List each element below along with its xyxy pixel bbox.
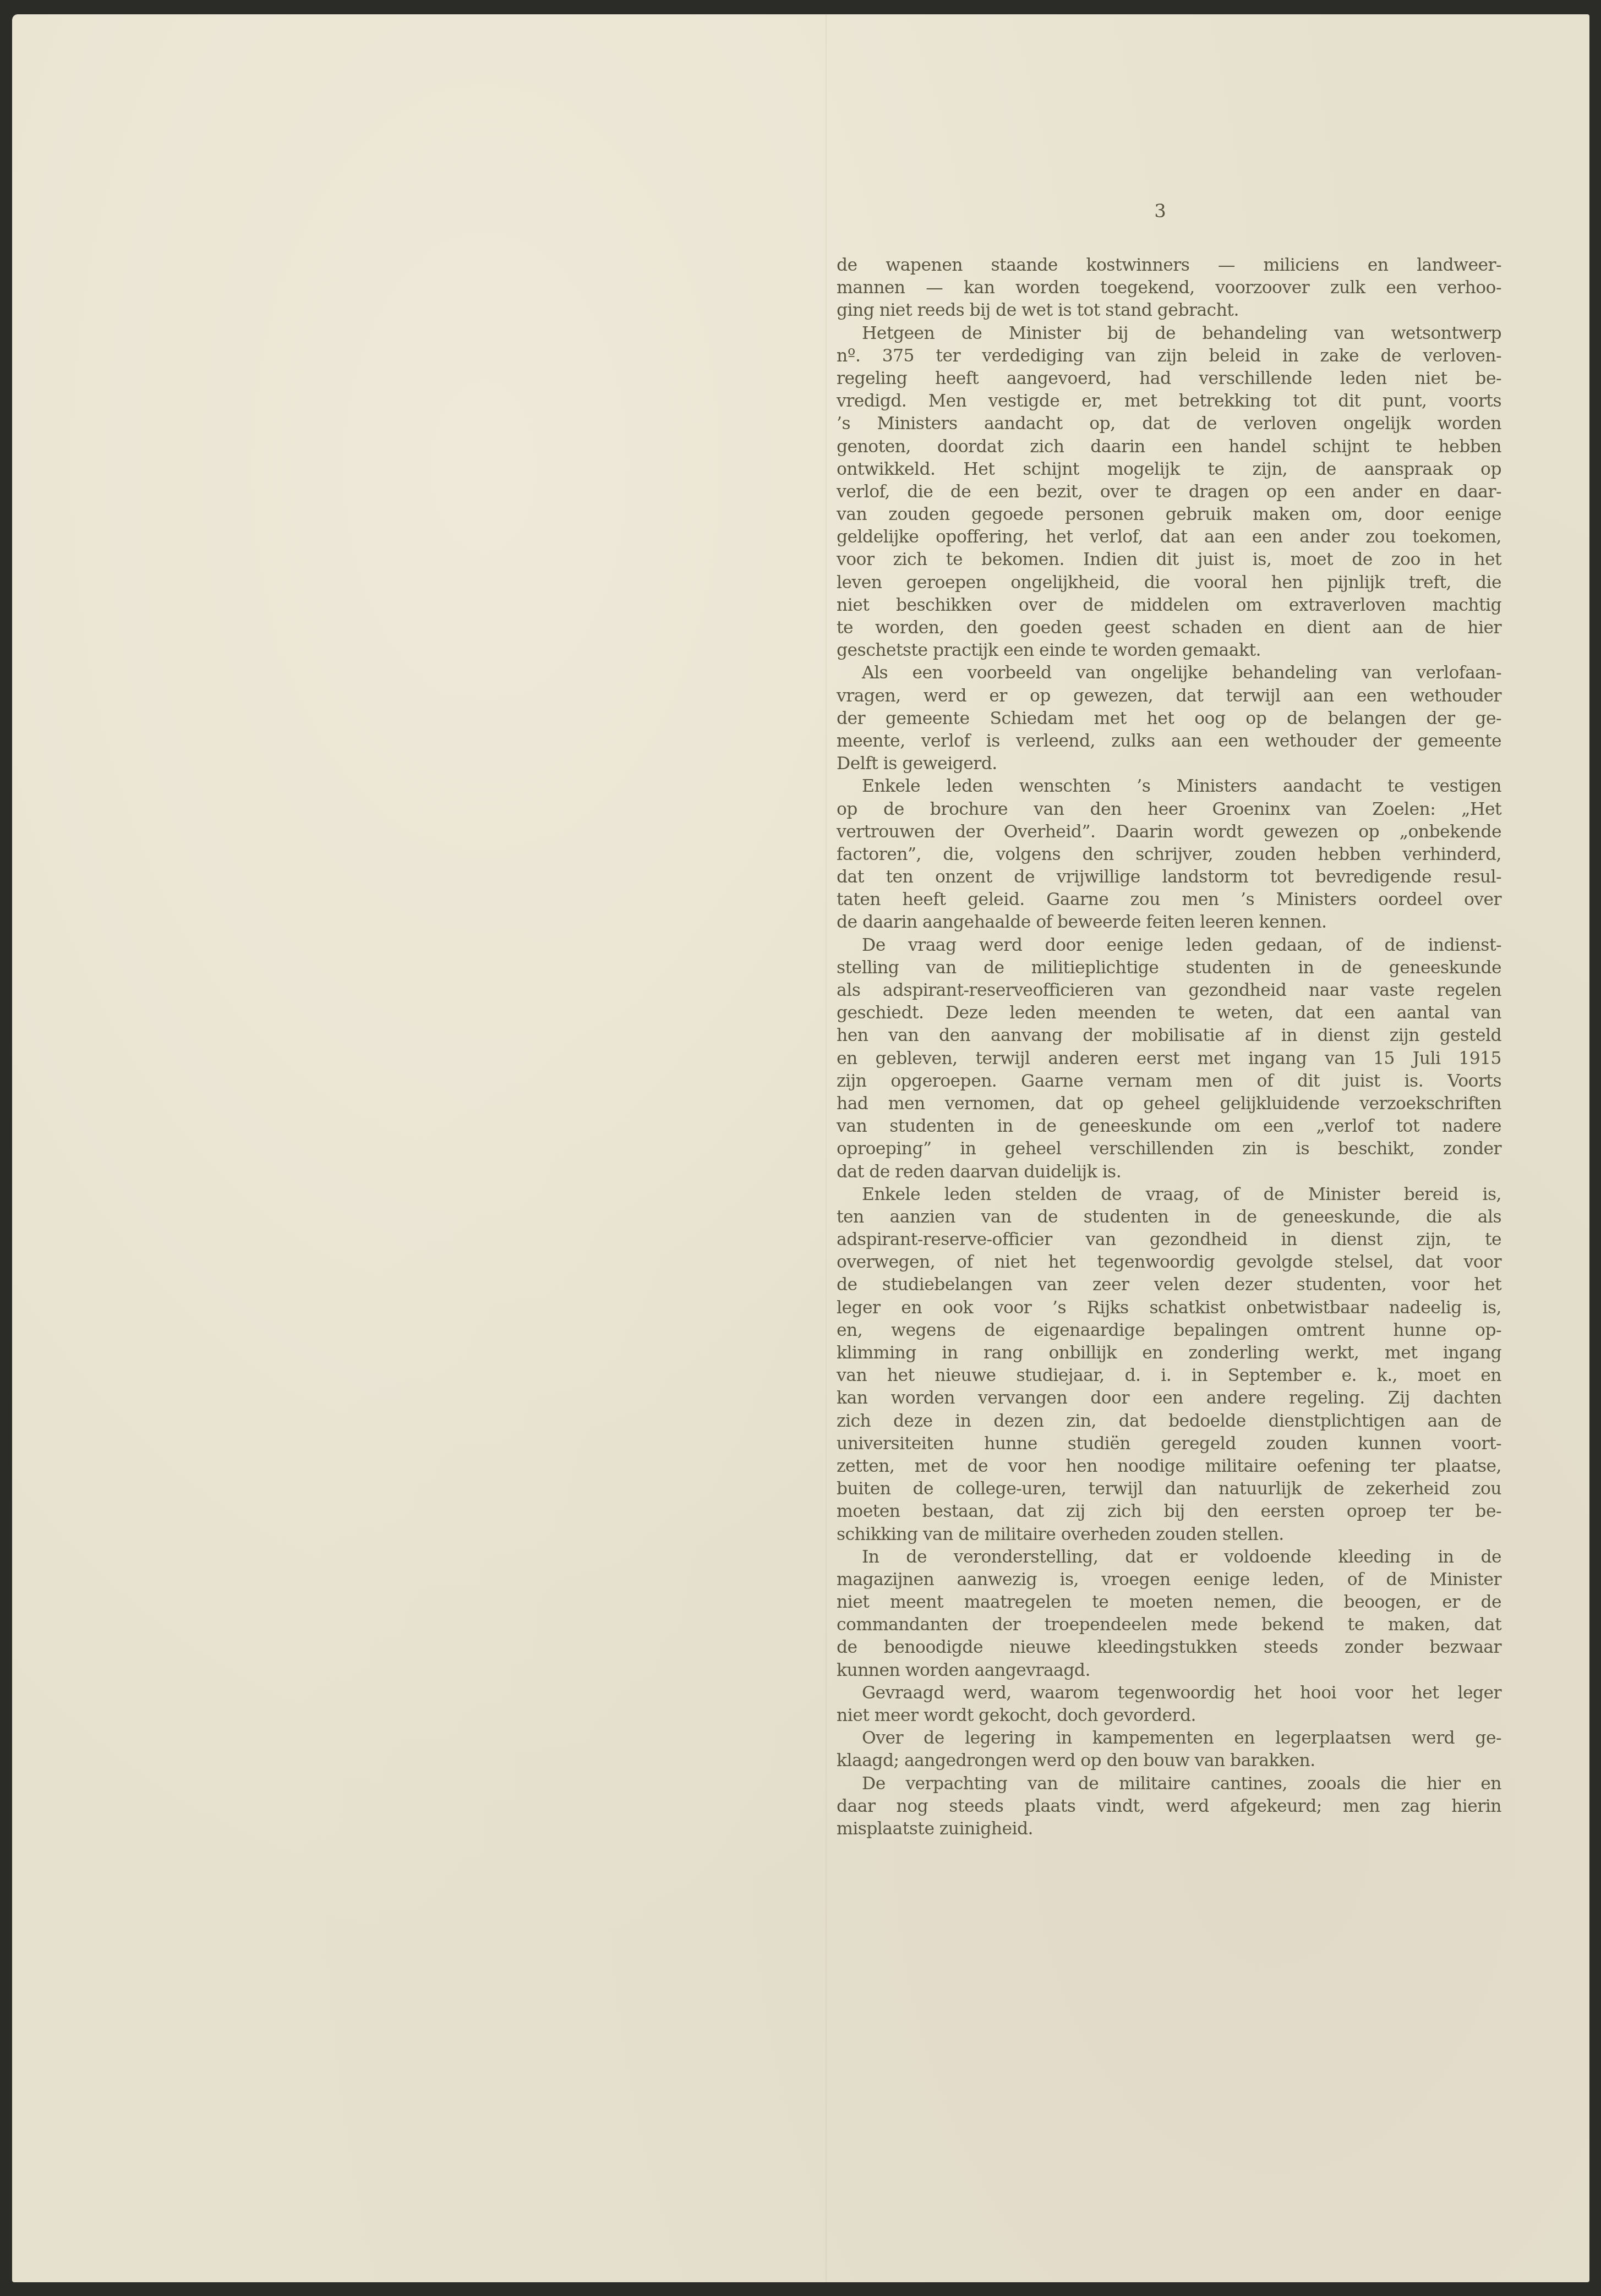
text-line: op de brochure van den heer Groeninx van… [837,798,1501,821]
text-line: van het nieuwe studiejaar, d. i. in Sept… [837,1365,1501,1387]
text-line: en gebleven, terwijl anderen eerst met i… [837,1048,1501,1070]
text-line: factoren”, die, volgens den schrijver, z… [837,843,1501,866]
text-line: klimming in rang onbillijk en zonderling… [837,1342,1501,1365]
text-line: moeten bestaan, dat zij zich bij den eer… [837,1500,1501,1523]
text-line: mannen — kan worden toegekend, voorzoove… [837,277,1501,299]
text-line: geschiedt. Deze leden meenden te weten, … [837,1002,1501,1024]
text-line: zijn opgeroepen. Gaarne vernam men of di… [837,1070,1501,1093]
text-line: vragen, werd er op gewezen, dat terwijl … [837,685,1501,708]
text-line: regeling heeft aangevoerd, had verschill… [837,368,1501,390]
text-line: daar nog steeds plaats vindt, werd afgek… [837,1795,1501,1818]
text-line: ging niet reeds bij de wet is tot stand … [837,299,1501,322]
text-line: vertrouwen der Overheid”. Daarin wordt g… [837,821,1501,843]
text-line: dat de reden daarvan duidelijk is. [837,1161,1501,1183]
text-line: adspirant-reserve-officier van gezondhei… [837,1229,1501,1251]
text-line: commandanten der troependeelen mede beke… [837,1614,1501,1636]
page-number: 3 [1149,200,1171,222]
text-line: overwegen, of niet het tegenwoordig gevo… [837,1251,1501,1274]
paragraph-first-line: De vraag werd door eenige leden gedaan, … [837,934,1501,957]
text-line: kan worden vervangen door een andere reg… [837,1387,1501,1410]
text-line: dat ten onzent de vrijwillige landstorm … [837,866,1501,889]
text-line: zich deze in dezen zin, dat bedoelde die… [837,1410,1501,1433]
text-line: niet meer wordt gekocht, doch gevorderd. [837,1705,1501,1727]
paragraph-first-line: Gevraagd werd, waarom tegenwoordig het h… [837,1682,1501,1705]
text-line: verlof, die de een bezit, over te dragen… [837,481,1501,503]
text-line: geschetste practijk een einde te worden … [837,639,1501,662]
text-line: taten heeft geleid. Gaarne zou men ’s Mi… [837,889,1501,911]
text-line: en, wegens de eigenaardige bepalingen om… [837,1319,1501,1342]
text-line: misplaatste zuinigheid. [837,1818,1501,1840]
text-line: de studiebelangen van zeer velen dezer s… [837,1274,1501,1296]
text-line: meente, verlof is verleend, zulks aan ee… [837,730,1501,753]
text-line: als adspirant-reserveofficieren van gezo… [837,979,1501,1002]
text-line: zetten, met de voor hen noodige militair… [837,1455,1501,1478]
text-line: leger en ook voor ’s Rijks schatkist onb… [837,1297,1501,1319]
text-column: de wapenen staande kostwinners — milicie… [837,254,1501,1840]
text-line: ontwikkeld. Het schijnt mogelijk te zijn… [837,458,1501,481]
text-line: universiteiten hunne studiën geregeld zo… [837,1433,1501,1455]
paragraph-first-line: In de veronderstelling, dat er voldoende… [837,1546,1501,1569]
text-line: had men vernomen, dat op geheel gelijklu… [837,1093,1501,1115]
text-line: nº. 375 ter verdediging van zijn beleid … [837,345,1501,368]
text-line: vredigd. Men vestigde er, met betrekking… [837,390,1501,413]
text-line: ten aanzien van de studenten in de genee… [837,1206,1501,1229]
text-line: schikking van de militaire overheden zou… [837,1524,1501,1546]
text-line: leven geroepen ongelijkheid, die vooral … [837,572,1501,594]
text-line: Delft is geweigerd. [837,753,1501,775]
paragraph-first-line: De verpachting van de militaire cantines… [837,1773,1501,1795]
text-line: geldelijke opoffering, het verlof, dat a… [837,526,1501,549]
text-line: genoten, doordat zich daarin een handel … [837,436,1501,458]
text-line: van zouden gegoede personen gebruik make… [837,503,1501,526]
text-line: der gemeente Schiedam met het oog op de … [837,708,1501,730]
text-line: voor zich te bekomen. Indien dit juist i… [837,549,1501,571]
page-fold-crease [826,14,827,2282]
paragraph-first-line: Als een voorbeeld van ongelijke behandel… [837,662,1501,684]
text-line: hen van den aanvang der mobilisatie af i… [837,1024,1501,1047]
text-line: de benoodigde nieuwe kleedingstukken ste… [837,1636,1501,1659]
text-line: magazijnen aanwezig is, vroegen eenige l… [837,1569,1501,1591]
document-page: 3 de wapenen staande kostwinners — milic… [12,14,1589,2282]
paragraph-first-line: Enkele leden wenschten ’s Ministers aand… [837,775,1501,798]
text-line: te worden, den goeden geest schaden en d… [837,617,1501,639]
text-line: niet beschikken over de middelen om extr… [837,594,1501,617]
text-line: oproeping” in geheel verschillenden zin … [837,1138,1501,1160]
paragraph-first-line: Hetgeen de Minister bij de behandeling v… [837,322,1501,345]
paragraph-first-line: Over de legering in kampementen en leger… [837,1727,1501,1750]
text-line: niet meent maatregelen te moeten nemen, … [837,1591,1501,1614]
text-line: ’s Ministers aandacht op, dat de verlove… [837,413,1501,435]
text-line: klaagd; aangedrongen werd op den bouw va… [837,1750,1501,1772]
text-line: de daarin aangehaalde of beweerde feiten… [837,911,1501,934]
text-line: kunnen worden aangevraagd. [837,1659,1501,1682]
text-line: buiten de college-uren, terwijl dan natu… [837,1478,1501,1500]
paragraph-first-line: Enkele leden stelden de vraag, of de Min… [837,1183,1501,1206]
text-line: de wapenen staande kostwinners — milicie… [837,254,1501,277]
text-line: van studenten in de geneeskunde om een „… [837,1115,1501,1138]
text-line: stelling van de militieplichtige student… [837,957,1501,979]
